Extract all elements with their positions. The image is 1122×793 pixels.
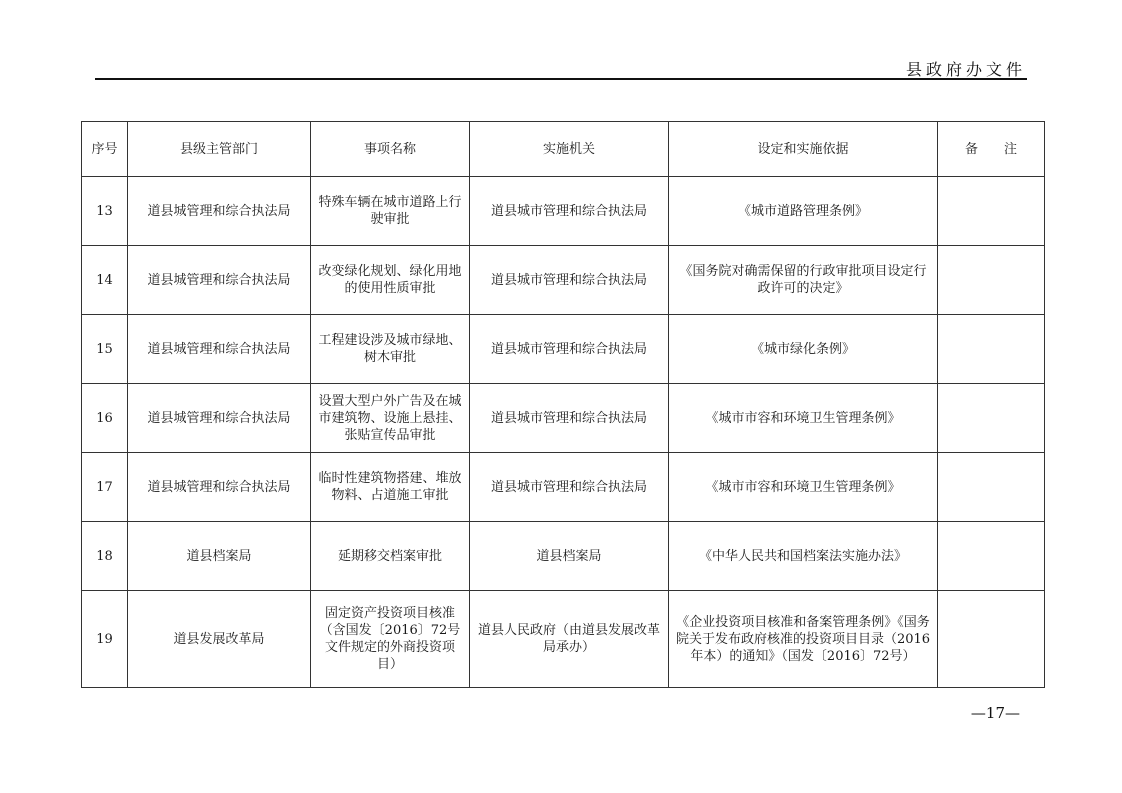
document-header-title: 县政府办文件: [906, 57, 1026, 80]
column-header-item-name: 事项名称: [311, 122, 470, 177]
cell-basis: 《城市绿化条例》: [669, 315, 938, 384]
page-number: —17—: [971, 704, 1020, 722]
cell-department: 道县城管理和综合执法局: [128, 453, 311, 522]
cell-no: 16: [82, 384, 128, 453]
cell-agency: 道县城市管理和综合执法局: [470, 315, 669, 384]
table-row: 13 道县城管理和综合执法局 特殊车辆在城市道路上行驶审批 道县城市管理和综合执…: [82, 177, 1045, 246]
cell-no: 17: [82, 453, 128, 522]
cell-item-name: 固定资产投资项目核准（含国发〔2016〕72号文件规定的外商投资项目）: [311, 591, 470, 688]
cell-item-name: 临时性建筑物搭建、堆放物料、占道施工审批: [311, 453, 470, 522]
cell-remarks: [938, 384, 1045, 453]
column-header-department: 县级主管部门: [128, 122, 311, 177]
table-row: 15 道县城管理和综合执法局 工程建设涉及城市绿地、树木审批 道县城市管理和综合…: [82, 315, 1045, 384]
column-header-agency: 实施机关: [470, 122, 669, 177]
cell-basis: 《企业投资项目核准和备案管理条例》《国务院关于发布政府核准的投资项目目录（201…: [669, 591, 938, 688]
cell-item-name: 工程建设涉及城市绿地、树木审批: [311, 315, 470, 384]
cell-basis: 《中华人民共和国档案法实施办法》: [669, 522, 938, 591]
cell-remarks: [938, 177, 1045, 246]
cell-agency: 道县城市管理和综合执法局: [470, 246, 669, 315]
column-header-basis: 设定和实施依据: [669, 122, 938, 177]
cell-item-name: 设置大型户外广告及在城市建筑物、设施上悬挂、张贴宣传品审批: [311, 384, 470, 453]
column-header-remarks: 备 注: [938, 122, 1045, 177]
table-header-row: 序号 县级主管部门 事项名称 实施机关 设定和实施依据 备 注: [82, 122, 1045, 177]
cell-no: 15: [82, 315, 128, 384]
cell-no: 13: [82, 177, 128, 246]
cell-department: 道县发展改革局: [128, 591, 311, 688]
cell-no: 14: [82, 246, 128, 315]
cell-agency: 道县城市管理和综合执法局: [470, 384, 669, 453]
cell-department: 道县城管理和综合执法局: [128, 384, 311, 453]
cell-remarks: [938, 315, 1045, 384]
cell-remarks: [938, 522, 1045, 591]
table-row: 19 道县发展改革局 固定资产投资项目核准（含国发〔2016〕72号文件规定的外…: [82, 591, 1045, 688]
cell-agency: 道县城市管理和综合执法局: [470, 177, 669, 246]
cell-item-name: 改变绿化规划、绿化用地的使用性质审批: [311, 246, 470, 315]
cell-item-name: 延期移交档案审批: [311, 522, 470, 591]
cell-department: 道县城管理和综合执法局: [128, 246, 311, 315]
header-divider: [95, 78, 1027, 80]
cell-basis: 《城市道路管理条例》: [669, 177, 938, 246]
cell-agency: 道县档案局: [470, 522, 669, 591]
cell-no: 18: [82, 522, 128, 591]
approval-items-table: 序号 县级主管部门 事项名称 实施机关 设定和实施依据 备 注 13 道县城管理…: [81, 121, 1045, 688]
cell-remarks: [938, 453, 1045, 522]
table-row: 16 道县城管理和综合执法局 设置大型户外广告及在城市建筑物、设施上悬挂、张贴宣…: [82, 384, 1045, 453]
cell-no: 19: [82, 591, 128, 688]
cell-remarks: [938, 591, 1045, 688]
cell-department: 道县城管理和综合执法局: [128, 177, 311, 246]
cell-basis: 《国务院对确需保留的行政审批项目设定行政许可的决定》: [669, 246, 938, 315]
cell-agency: 道县人民政府（由道县发展改革局承办）: [470, 591, 669, 688]
cell-basis: 《城市市容和环境卫生管理条例》: [669, 384, 938, 453]
column-header-no: 序号: [82, 122, 128, 177]
cell-department: 道县城管理和综合执法局: [128, 315, 311, 384]
table-row: 14 道县城管理和综合执法局 改变绿化规划、绿化用地的使用性质审批 道县城市管理…: [82, 246, 1045, 315]
cell-item-name: 特殊车辆在城市道路上行驶审批: [311, 177, 470, 246]
cell-department: 道县档案局: [128, 522, 311, 591]
cell-agency: 道县城市管理和综合执法局: [470, 453, 669, 522]
table-row: 17 道县城管理和综合执法局 临时性建筑物搭建、堆放物料、占道施工审批 道县城市…: [82, 453, 1045, 522]
cell-basis: 《城市市容和环境卫生管理条例》: [669, 453, 938, 522]
cell-remarks: [938, 246, 1045, 315]
table-row: 18 道县档案局 延期移交档案审批 道县档案局 《中华人民共和国档案法实施办法》: [82, 522, 1045, 591]
